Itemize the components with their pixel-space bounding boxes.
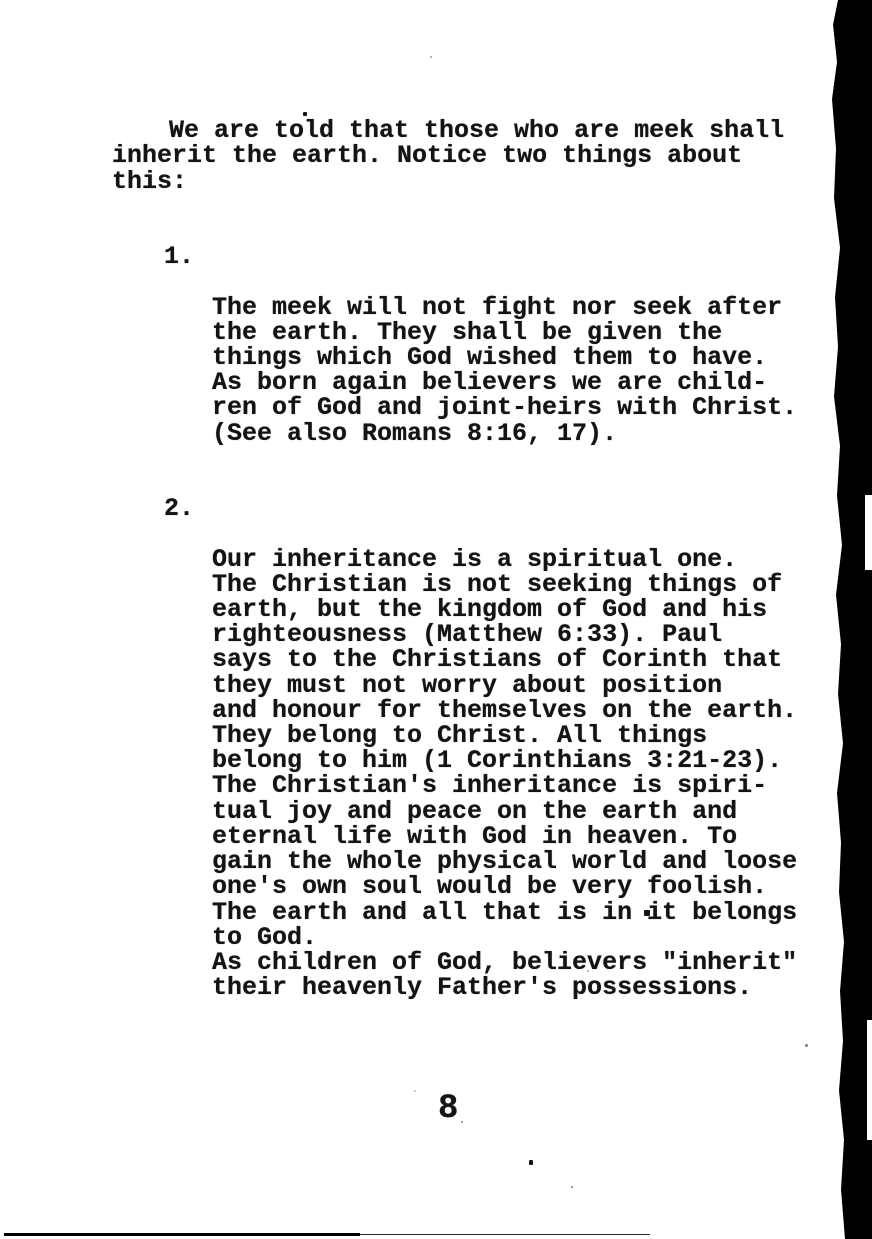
intro-paragraph: We are told that those who are meek shal… [112, 118, 822, 194]
scan-speck [303, 112, 307, 116]
list-item-2-text: Our inheritance is a spiritual one. The … [212, 545, 797, 1002]
page-number: 8 [438, 1092, 458, 1126]
list-item-2: 2. Our inheritance is a spiritual one. T… [112, 496, 822, 1000]
scanned-page: We are told that those who are meek shal… [0, 0, 872, 1239]
scan-edge-sliver [867, 1020, 872, 1140]
scan-edge-band [832, 0, 872, 1239]
scan-speck [414, 1090, 416, 1092]
scan-speck [805, 1044, 808, 1047]
list-item-2-number: 2. [164, 496, 194, 521]
page-body-text: We are told that those who are meek shal… [112, 93, 822, 1026]
list-item-1-number: 1. [164, 244, 194, 269]
scan-edge-sliver [865, 495, 872, 570]
list-item-1: 1. The meek will not fight nor seek afte… [112, 244, 822, 446]
scan-speck [430, 56, 432, 58]
scan-speck [571, 1186, 573, 1188]
scan-bottom-line [4, 1233, 360, 1236]
list-item-1-text: The meek will not fight nor seek after t… [212, 293, 797, 448]
scan-speck [644, 910, 650, 916]
scan-speck [587, 970, 589, 972]
scan-speck [461, 1121, 463, 1123]
scan-bottom-line [360, 1234, 650, 1235]
scan-speck [529, 1160, 533, 1165]
